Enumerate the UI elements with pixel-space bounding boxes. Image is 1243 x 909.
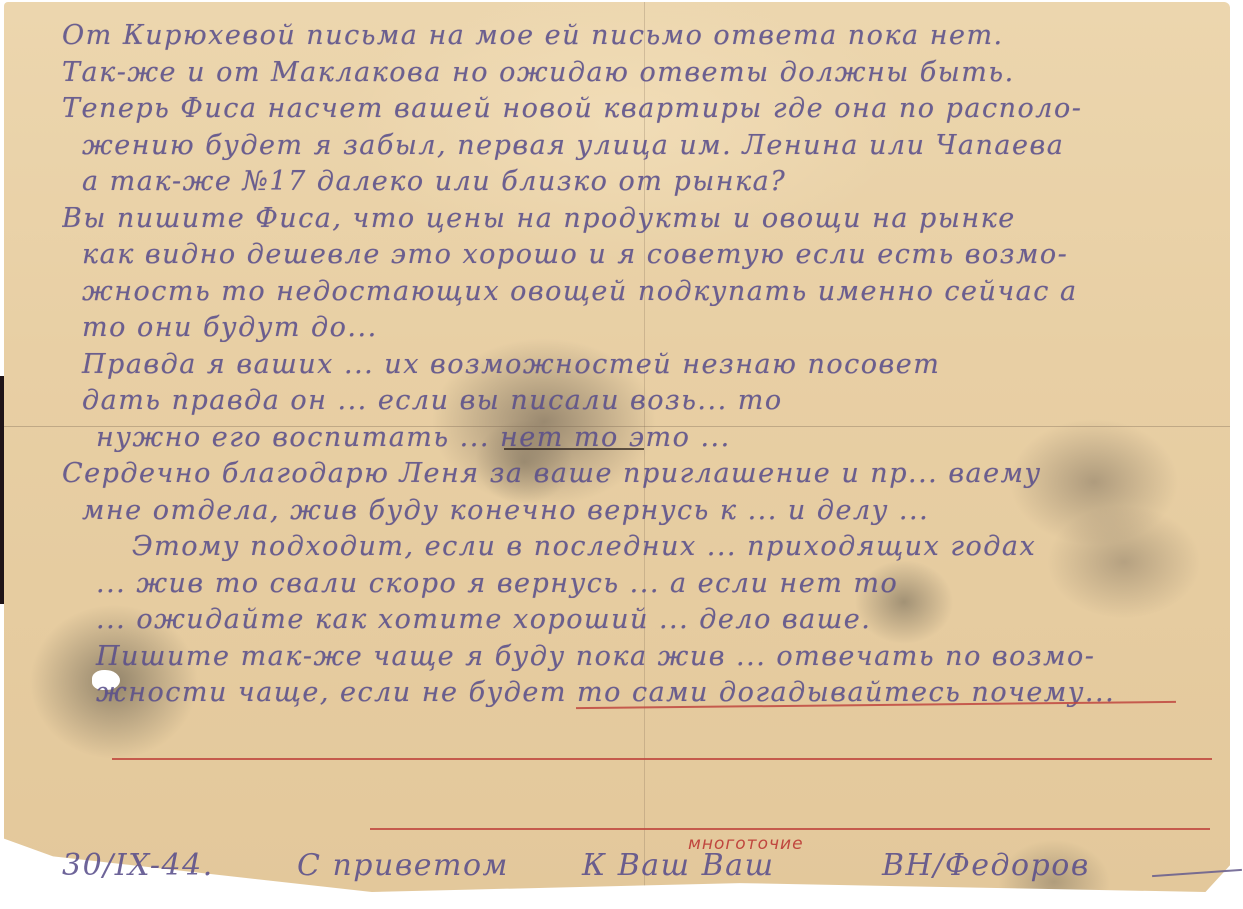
letter-line: Правда я ваших ... их возможностей незна… xyxy=(62,347,1222,384)
letter-line: Этому подходит, если в последних ... при… xyxy=(62,529,1222,566)
letter-closing: К Ваш Ваш xyxy=(582,848,775,883)
letter-date: 30/IX-44. xyxy=(62,848,214,883)
letter-line: Вы пишите Фиса, что цены на продукты и о… xyxy=(62,201,1222,238)
letter-line: нужно его воспитать ... нет то это ... xyxy=(62,420,1222,457)
signature-row: 30/IX-44. С приветом К Ваш Ваш ВН/Федоро… xyxy=(62,842,1222,892)
letter-greeting: С приветом xyxy=(297,848,509,883)
letter-line: От Кирюхевой письма на мое ей письмо отв… xyxy=(62,18,1222,55)
red-underline xyxy=(112,758,1212,760)
letter-line: дать правда он ... если вы писали возь..… xyxy=(62,383,1222,420)
letter-line: Пишите так-же чаще я буду пока жив ... о… xyxy=(62,639,1222,676)
letter-line: ... жив то свали скоро я вернусь ... а е… xyxy=(62,566,1222,603)
signature-flourish xyxy=(1152,869,1242,877)
letter-line: мне отдела, жив буду конечно вернусь к .… xyxy=(62,493,1222,530)
letter-line: жность то недостающих овощей подкупать и… xyxy=(62,274,1222,311)
red-underline xyxy=(370,828,1210,830)
letter-line: как видно дешевле это хорошо и я советую… xyxy=(62,237,1222,274)
letter-signature: ВН/Федоров xyxy=(882,848,1090,883)
letter-body: От Кирюхевой письма на мое ей письмо отв… xyxy=(62,18,1222,712)
letter-line: то они будут до... xyxy=(62,310,1222,347)
letter-line: Сердечно благодарю Леня за ваше приглаше… xyxy=(62,456,1222,493)
letter-line: а так-же №17 далеко или близко от рынка? xyxy=(62,164,1222,201)
letter-line: Теперь Фиса насчет вашей новой квартиры … xyxy=(62,91,1222,128)
letter-line: ... ожидайте как хотите хороший ... дело… xyxy=(62,602,1222,639)
letter-line: жению будет я забыл, первая улица им. Ле… xyxy=(62,128,1222,165)
letter-line: Так-же и от Маклакова но ожидаю ответы д… xyxy=(62,55,1222,92)
